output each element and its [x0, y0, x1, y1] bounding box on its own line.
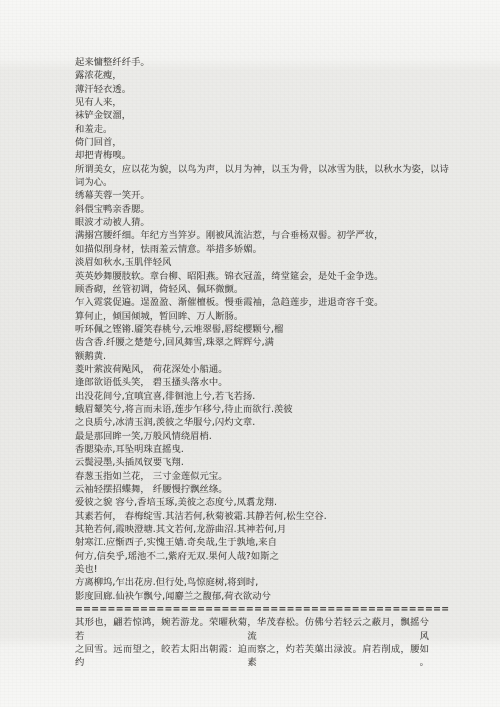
text-line: 影度回廊.仙袂乍飘兮,闻麝兰之馥郁,荷衣欲动兮: [75, 590, 447, 603]
text-line: 额鹅黄.: [75, 350, 447, 363]
text-line: 爱彼之貌 容兮,香培玉琢,美彼之态度兮,凤翥龙翔.: [75, 496, 447, 509]
text-line: 何方,信矣乎,瑶池不二,紫府无双.果何人哉?如斯之: [75, 550, 447, 563]
text-line: 云袖轻摆招蝶舞， 纤腰慢拧飘丝绦。: [75, 483, 447, 496]
document-page: 起来慵整纤纤手。露浓花瘦，薄汗轻衣透。见有人来，袜铲金钗溜，和羞走。倚门回首，却…: [0, 0, 500, 707]
text-line: 见有人来，: [75, 96, 447, 109]
text-line: 香腮染赤,耳坠明珠直摇曳.: [75, 443, 447, 456]
text-line: 出没花间兮,宜嗔宜喜,徘徊池上兮,若飞若扬.: [75, 390, 447, 403]
text-line: 逢郎欲语低头笑， 碧玉搔头落水中。: [75, 376, 447, 389]
text-line: 听环佩之铿锵.靥笑春桃兮,云堆翠髻,唇绽樱颗兮,榴: [75, 323, 447, 336]
text-line: 和羞走。: [75, 123, 447, 136]
text-line: 之良质兮,冰清玉润,羡彼之华服兮,闪灼文章.: [75, 416, 447, 429]
text-line: 词为心。: [75, 176, 447, 189]
text-line: 蛾眉颦笑兮,将言而未语,莲步乍移兮,待止而欲行.羡彼: [75, 403, 447, 416]
text-line: 满搦宫腰纤细。年纪方当笄岁。刚被风流沾惹，与合垂杨双髻。初学严妆，: [75, 229, 447, 242]
text-line: 斜偎宝鸭亲香腮。: [75, 203, 447, 216]
text-line: 如描似削身材，怯雨羞云情意。举措多娇媚。: [75, 243, 447, 256]
text-line: 绣幕芙蓉一笑开。: [75, 189, 447, 202]
text-line: 淡眉如秋水,玉肌伴轻风: [75, 256, 447, 269]
text-line: 射寒江.应惭西子,实愧王嫱.奇矣哉,生于孰地,来自: [75, 536, 447, 549]
text-line: 最是那回眸一笑,万般风情绕眉梢.: [75, 430, 447, 443]
text-line: 露浓花瘦，: [75, 69, 447, 82]
text-line: 袜铲金钗溜，: [75, 109, 447, 122]
text-line: 其艳若何,霞映澄塘.其文若何,龙游曲沼.其神若何,月: [75, 523, 447, 536]
divider-line: ========================================…: [75, 603, 447, 616]
text-line: 美也!: [75, 563, 447, 576]
text-line: 齿含香.纤腰之楚楚兮,回风舞雪,珠翠之辉辉兮,满: [75, 336, 447, 349]
text-line: 顾香砌，丝管初调，倚轻风、佩环微颤。: [75, 283, 447, 296]
text-line: 却把青梅嗅。: [75, 149, 447, 162]
document-body: 起来慵整纤纤手。露浓花瘦，薄汗轻衣透。见有人来，袜铲金钗溜，和羞走。倚门回首，却…: [75, 56, 447, 670]
text-line: 薄汗轻衣透。: [75, 83, 447, 96]
text-line: 乍入霓裳促遍。逞盈盈、渐催檀板。慢垂霞袖，急趋莲步，进退奇容千变。: [75, 296, 447, 309]
text-line: 其素若何， 春梅绽雪.其洁若何,秋菊被霜.其静若何,松生空谷.: [75, 510, 447, 523]
text-line: 眼波才动被人猜。: [75, 216, 447, 229]
text-line: 起来慵整纤纤手。: [75, 56, 447, 69]
text-line: 英英妙舞腰肢软。章台柳、昭阳燕。锦衣冠盖，绮堂筵会，是处千金争选。: [75, 270, 447, 283]
text-line: 倚门回首，: [75, 136, 447, 149]
text-line: 菱叶萦波荷飐风， 荷花深处小船通。: [75, 363, 447, 376]
text-line: 所谓美女，应以花为貌，以鸟为声，以月为神，以玉为骨，以冰雪为肤，以秋水为姿，以诗: [75, 163, 447, 176]
text-line: 其形也，翩若惊鸿，婉若游龙。荣曜秋菊，华茂春松。仿佛兮若轻云之蔽月，飘摇兮若流风: [75, 616, 429, 643]
text-line: 之回雪。远而望之，皎若太阳出朝霞：迫而察之，灼若芙蕖出渌波。肩若削成，腰如约素。: [75, 643, 429, 670]
text-line: 方离柳坞,乍出花房.但行处,鸟惊庭树,将到时,: [75, 576, 447, 589]
text-line: 春葱玉指如兰花， 三寸金莲似元宝。: [75, 470, 447, 483]
text-line: 算何止，倾国倾城，暂回眸、万人断肠。: [75, 310, 447, 323]
text-line: 云鬓浸墨,头插凤钗要飞翔.: [75, 456, 447, 469]
